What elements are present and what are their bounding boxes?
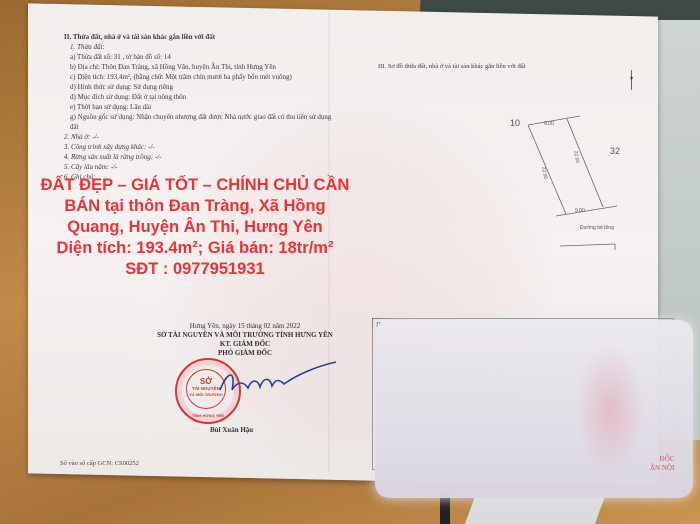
- asset-item: 5. Cây lâu năm: -/-: [64, 162, 334, 172]
- corner-stamp-line: ÂN NỘI: [650, 464, 674, 473]
- land-info-line: c) Diện tích: 193,4m², (bằng chữ: Một tr…: [64, 72, 334, 82]
- land-info-line: g) Nguồn gốc sử dụng: Nhận chuyển nhượng…: [64, 112, 334, 132]
- signer-title-1: KT. GIÁM ĐỐC: [140, 340, 350, 349]
- land-plot-subheading: 1. Thửa đất:: [64, 42, 334, 52]
- road-label: Đường bê tông: [580, 225, 614, 231]
- land-info-line: đ) Mục đích sử dụng: Đất ở tại nông thôn: [64, 92, 334, 102]
- handwritten-signature: [218, 360, 338, 400]
- seal-ring-text: TỈNH HƯNG YÊN: [177, 412, 239, 420]
- bottom-edge-length: 9.00: [575, 208, 585, 214]
- sale-advertisement: ĐẤT ĐẸP – GIÁ TỐT – CHÍNH CHỦ CẦN BÁN tạ…: [20, 175, 370, 280]
- signer-title-2: PHÓ GIÁM ĐỐC: [140, 349, 350, 358]
- asset-item: 3. Công trình xây dựng khác: -/-: [64, 142, 334, 152]
- neighbor-plot-10: 10: [510, 118, 520, 128]
- ad-phone: SĐT : 0977951931: [20, 259, 370, 280]
- signer-name: Bùi Xuân Hậu: [210, 426, 253, 434]
- blurred-seal: [575, 345, 645, 475]
- signature-block: Hưng Yên, ngày 15 tháng 02 năm 2022 SỞ T…: [140, 322, 350, 358]
- neighbor-plot-32: 32: [610, 146, 620, 156]
- section-ii-land-info: II. Thửa đất, nhà ở và tài sản khác gắn …: [64, 32, 334, 182]
- land-info-line: a) Thửa đất số: 31 , tờ bản đồ số: 14: [64, 52, 334, 62]
- section-ii-heading: II. Thửa đất, nhà ở và tài sản khác gắn …: [64, 32, 334, 42]
- land-info-line: d) Hình thức sử dụng: Sử dụng riêng: [64, 82, 334, 92]
- certificate-register-number: Số vào sổ cấp GCN: CS00252: [60, 460, 139, 467]
- ad-line: ĐẤT ĐẸP – GIÁ TỐT – CHÍNH CHỦ CẦN: [20, 175, 370, 196]
- land-info-line: e) Thời hạn sử dụng: Lâu dài: [64, 102, 334, 112]
- privacy-blur-overlay: [375, 320, 693, 498]
- top-edge-length: 9.00: [544, 121, 554, 127]
- north-arrow-icon: [630, 70, 633, 90]
- ad-line: BÁN tại thôn Đan Tràng, Xã Hồng: [20, 196, 370, 217]
- plot-diagram: 10 32 9.00 9.00 22.00 22.00 Đường bê tôn…: [460, 110, 620, 250]
- issuing-agency: SỞ TÀI NGUYÊN VÀ MÔI TRƯỜNG TỈNH HƯNG YÊ…: [140, 331, 350, 340]
- corner-stamp-line: ĐỐC: [650, 455, 674, 464]
- section-iii-heading: III. Sơ đồ thửa đất, nhà ở và tài sản kh…: [378, 62, 525, 72]
- land-info-line: b) Địa chỉ: Thôn Đan Tràng, xã Hồng Vân,…: [64, 62, 334, 72]
- corner-stamp-text: ĐỐC ÂN NỘI: [650, 455, 674, 473]
- ad-line: Quang, Huyện Ân Thi, Hưng Yên: [20, 217, 370, 238]
- asset-item: 4. Rừng sản xuất là rừng trồng: -/-: [64, 152, 334, 162]
- asset-item: 2. Nhà ở: -/-: [64, 132, 334, 142]
- place-date: Hưng Yên, ngày 15 tháng 02 năm 2022: [140, 322, 350, 331]
- ad-line: Diện tích: 193.4m²; Giá bán: 18tr/m²: [20, 238, 370, 259]
